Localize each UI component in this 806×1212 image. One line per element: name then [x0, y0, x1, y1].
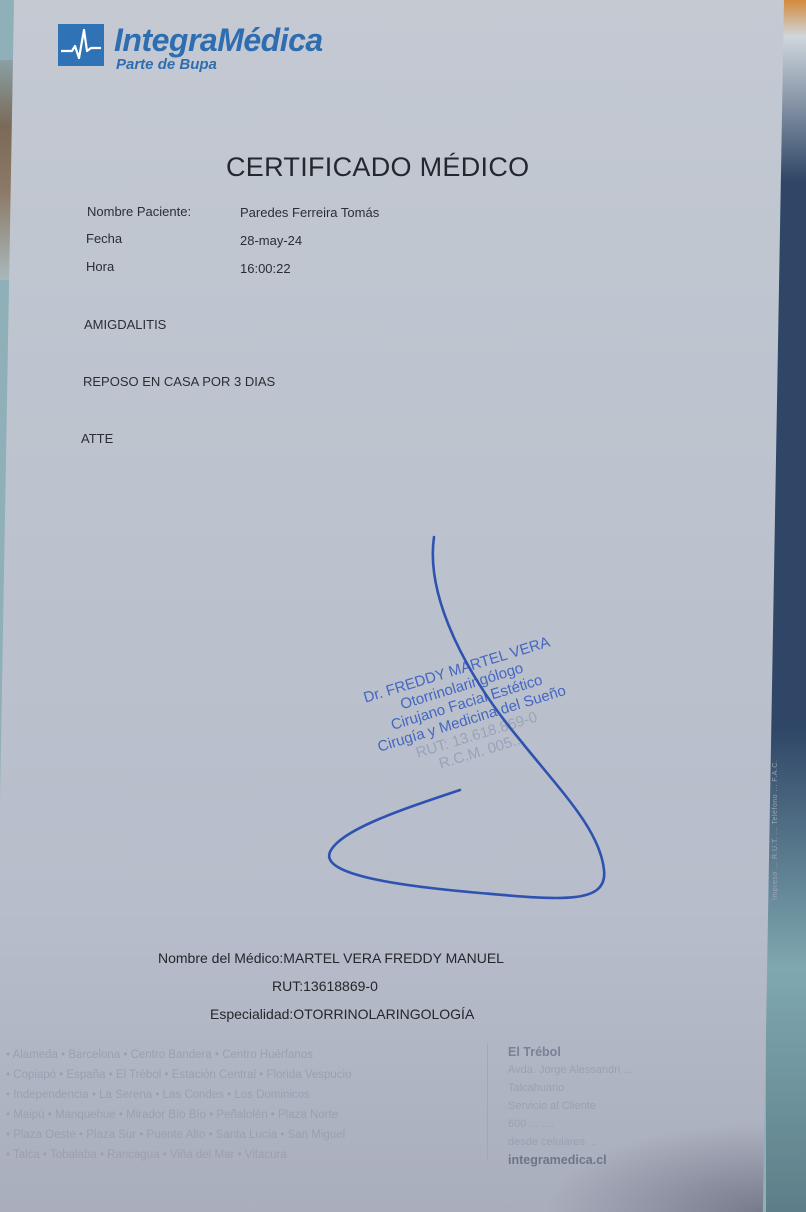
doctor-rut: RUT:13618869-0	[272, 978, 378, 994]
brand-tagline: Parte de Bupa	[116, 56, 323, 74]
date-value: 28-may-24	[240, 233, 302, 248]
certificate-content: IntegraMédica Parte de Bupa CERTIFICADO …	[0, 0, 806, 1212]
website-link: integramedica.cl	[508, 1151, 748, 1169]
footer-divider	[487, 1043, 488, 1161]
document-title: CERTIFICADO MÉDICO	[226, 152, 529, 183]
branch-detail: Avda. Jorge Alessandri ...	[508, 1061, 748, 1079]
time-value: 16:00:22	[240, 261, 291, 276]
branch-line: • Independencia • La Serena • Las Condes…	[6, 1085, 476, 1105]
branch-line: • Talca • Tobalaba • Rancagua • Viña del…	[6, 1145, 476, 1165]
branch-detail: 600 ... ....	[508, 1115, 748, 1133]
branch-detail: Talcahuano	[508, 1079, 748, 1097]
doctor-name: Nombre del Médico:MARTEL VERA FREDDY MAN…	[158, 950, 504, 966]
branch-line: • Copiapó • España • El Trébol • Estació…	[6, 1065, 476, 1085]
branch-line: • Plaza Oeste • Plaza Sur • Puente Alto …	[6, 1125, 476, 1145]
closing-text: ATTE	[81, 431, 113, 446]
branch-contact: El Trébol Avda. Jorge Alessandri ... Tal…	[508, 1043, 748, 1169]
brand-logo: IntegraMédica Parte de Bupa	[58, 24, 323, 74]
patient-label: Nombre Paciente:	[87, 204, 191, 219]
date-label: Fecha	[86, 231, 122, 246]
branch-line: • Maipú • Manquehue • Mirador Bío Bío • …	[6, 1105, 476, 1125]
brand-name: IntegraMédica	[114, 24, 323, 56]
branch-title: El Trébol	[508, 1043, 748, 1061]
branch-detail: Servicio al Cliente	[508, 1097, 748, 1115]
heartbeat-icon	[58, 24, 104, 66]
time-label: Hora	[86, 259, 114, 274]
branch-detail: desde celulares ...	[508, 1133, 748, 1151]
patient-value: Paredes Ferreira Tomás	[240, 205, 379, 220]
doctor-specialty: Especialidad:OTORRINOLARINGOLOGÍA	[210, 1006, 474, 1022]
indication-text: REPOSO EN CASA POR 3 DIAS	[83, 374, 275, 389]
vertical-print-note: Impreso ... R.U.T. ... Teléfono ... F.A.…	[772, 560, 779, 900]
diagnosis-text: AMIGDALITIS	[84, 317, 166, 332]
branch-list: • Alameda • Barcelona • Centro Bandera •…	[6, 1045, 476, 1165]
branch-line: • Alameda • Barcelona • Centro Bandera •…	[6, 1045, 476, 1065]
doctor-stamp: Dr. FREDDY MARTEL VERA Otorrinolaringólo…	[330, 624, 608, 798]
